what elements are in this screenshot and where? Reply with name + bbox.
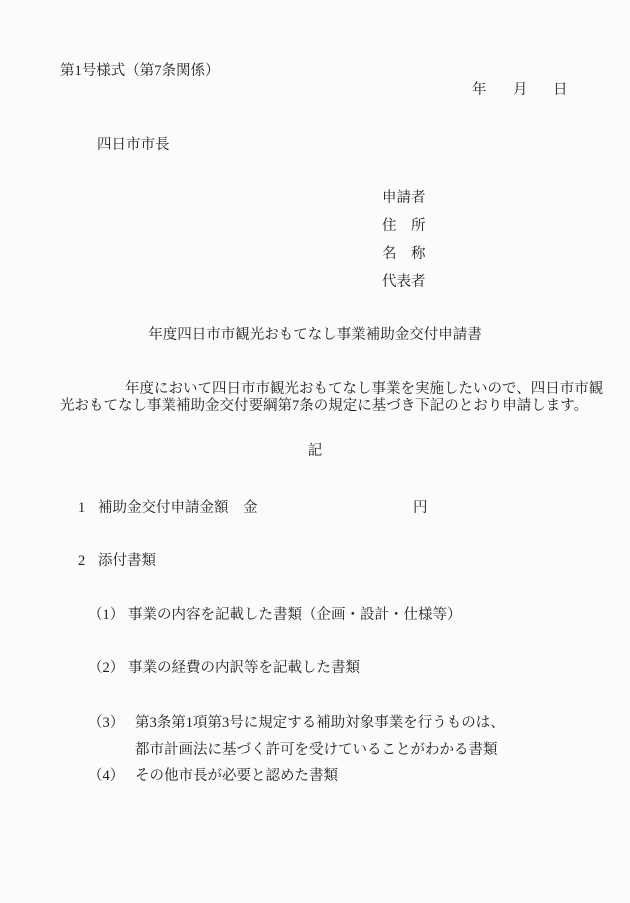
amount-currency-suffix: 円 — [413, 500, 428, 517]
item-1-label: 補助金交付申請金額 — [98, 500, 229, 517]
attachment-3-text-line1: 第3条第1項第3号に規定する補助対象事業を行うものは、 — [135, 715, 505, 732]
document-page: 第1号様式（第7条関係） 年 月 日 四日市市長 申請者 住 所 名 称 代表者… — [0, 0, 630, 903]
attachment-1-text: 事業の内容を記載した書類（企画・設計・仕様等） — [128, 607, 462, 624]
attachment-2-text: 事業の経費の内訳等を記載した書類 — [128, 660, 360, 677]
date-year-label: 年 — [472, 82, 487, 99]
body-paragraph-line1: 年度において四日市市観光おもてなし事業を実施したいので、四日市市観 — [125, 381, 603, 398]
addressee: 四日市市長 — [97, 137, 170, 154]
applicant-address-label: 住 所 — [382, 218, 426, 235]
attachment-3-text-line2: 都市計画法に基づく許可を受けていることがわかる書類 — [135, 742, 498, 759]
ki-marker: 記 — [0, 443, 630, 460]
applicant-representative-label: 代表者 — [382, 274, 426, 291]
form-number: 第1号様式（第7条関係） — [60, 63, 220, 80]
item-1-number: 1 — [78, 500, 85, 517]
attachment-4-text: その他市長が必要と認めた書類 — [135, 768, 338, 785]
applicant-label: 申請者 — [382, 190, 426, 207]
attachment-2-number: （2） — [88, 660, 124, 677]
attachment-3-number: （3） — [88, 715, 124, 732]
body-paragraph-line2: 光おもてなし事業補助金交付要綱第7条の規定に基づき下記のとおり申請します。 — [60, 398, 588, 415]
document-title: 年度四日市市観光おもてなし事業補助金交付申請書 — [0, 327, 630, 344]
applicant-name-label: 名 称 — [382, 246, 426, 263]
attachment-4-number: （4） — [88, 768, 124, 785]
amount-currency-prefix: 金 — [243, 500, 258, 517]
date-day-label: 日 — [553, 82, 568, 99]
date-month-label: 月 — [513, 82, 528, 99]
item-2-number: 2 — [78, 553, 85, 570]
attachment-1-number: （1） — [88, 607, 124, 624]
item-2-label: 添付書類 — [98, 553, 156, 570]
